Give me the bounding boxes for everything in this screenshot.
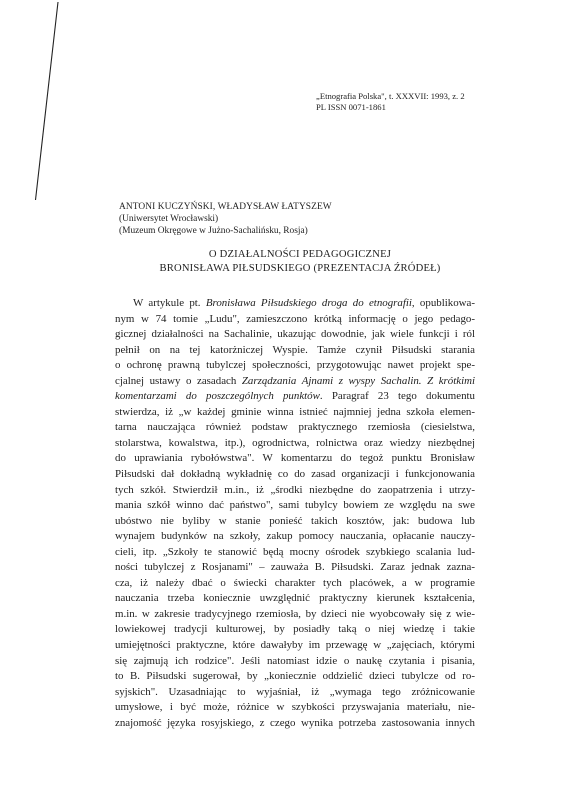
body-line: nauczania trzeba koniecznie uwzględnić p… bbox=[115, 591, 475, 607]
article-title: O DZIAŁALNOŚCI PEDAGOGICZNEJ BRONISŁAWA … bbox=[100, 248, 500, 275]
body-line: nym w 74 tomie „Ludu", zamieszczono krót… bbox=[115, 312, 475, 328]
body-line: m.in. w zakresie tradycyjnego rzemiosła,… bbox=[115, 607, 475, 623]
body-line: cjalnej ustawy o zasadach Zarządzania Aj… bbox=[115, 374, 475, 390]
body-line: znajomość języka rosyjskiego, z czego wy… bbox=[115, 716, 475, 732]
body-line: cieli, itp. „Szkoły te stanowić będą moc… bbox=[115, 545, 475, 561]
affiliation-2: (Muzeum Okręgowe w Jużno-Sachalińsku, Ro… bbox=[119, 225, 332, 237]
body-line: się zajmują ich rodzice". Jeśli natomias… bbox=[115, 654, 475, 670]
body-line: mania szkół winno dać państwo", sami tub… bbox=[115, 498, 475, 514]
body-line: ności tubylczej z Rosjanami" – zauważa B… bbox=[115, 560, 475, 576]
body-line: W artykule pt. Bronisława Piłsudskiego d… bbox=[115, 296, 475, 312]
journal-header: „Etnografia Polska", t. XXXVII: 1993, z.… bbox=[316, 91, 465, 113]
body-line: gicznej działalności na Sachalinie, ukaz… bbox=[115, 327, 475, 343]
article-body: W artykule pt. Bronisława Piłsudskiego d… bbox=[115, 296, 475, 731]
body-line: syjskich". Uzasadniając to wyjaśniał, iż… bbox=[115, 685, 475, 701]
body-line: stwierdza, iż „w każdej gminie winna ist… bbox=[115, 405, 475, 421]
body-line: cza, iż należy dbać o świecki charakter … bbox=[115, 576, 475, 592]
body-line: komentarzami do poszczególnych punktów. … bbox=[115, 389, 475, 405]
body-line: tarna nauczająca również podstaw praktyc… bbox=[115, 420, 475, 436]
title-line-2: BRONISŁAWA PIŁSUDSKIEGO (PREZENTACJA ŹRÓ… bbox=[100, 262, 500, 276]
author-names: ANTONI KUCZYŃSKI, WŁADYSŁAW ŁATYSZEW bbox=[119, 201, 332, 213]
body-line: pełnił on na tej katorżniczej Wyspie. Ta… bbox=[115, 343, 475, 359]
title-line-1: O DZIAŁALNOŚCI PEDAGOGICZNEJ bbox=[100, 248, 500, 262]
journal-citation: „Etnografia Polska", t. XXXVII: 1993, z.… bbox=[316, 91, 465, 102]
body-line: o ochronę prawną tubylczej społeczności,… bbox=[115, 358, 475, 374]
body-line: Piłsudski dał dokładną wykładnię co do z… bbox=[115, 467, 475, 483]
author-block: ANTONI KUCZYŃSKI, WŁADYSŁAW ŁATYSZEW (Un… bbox=[119, 201, 332, 237]
issn: PL ISSN 0071-1861 bbox=[316, 102, 465, 113]
body-line: umiejętności praktyczne, które dawałyby … bbox=[115, 638, 475, 654]
body-line: wynajem budynków na szkoły, zakup pomocy… bbox=[115, 529, 475, 545]
affiliation-1: (Uniwersytet Wrocławski) bbox=[119, 213, 332, 225]
body-line: do uprawiania rybołówstwa". W komentarzu… bbox=[115, 451, 475, 467]
body-line: ubóstwo nie byliby w stanie ponieść taki… bbox=[115, 514, 475, 530]
body-line: stolarstwa, kowalstwa, itp.), ogrodnictw… bbox=[115, 436, 475, 452]
body-line: lowiekowej tradycji kulturowej, by posia… bbox=[115, 622, 475, 638]
body-line: tych szkół. Stwierdził m.in., iż „środki… bbox=[115, 483, 475, 499]
body-line: umysłowe, i być może, różnice w szybkośc… bbox=[115, 700, 475, 716]
body-line: to B. Piłsudski sugerował, by „konieczni… bbox=[115, 669, 475, 685]
